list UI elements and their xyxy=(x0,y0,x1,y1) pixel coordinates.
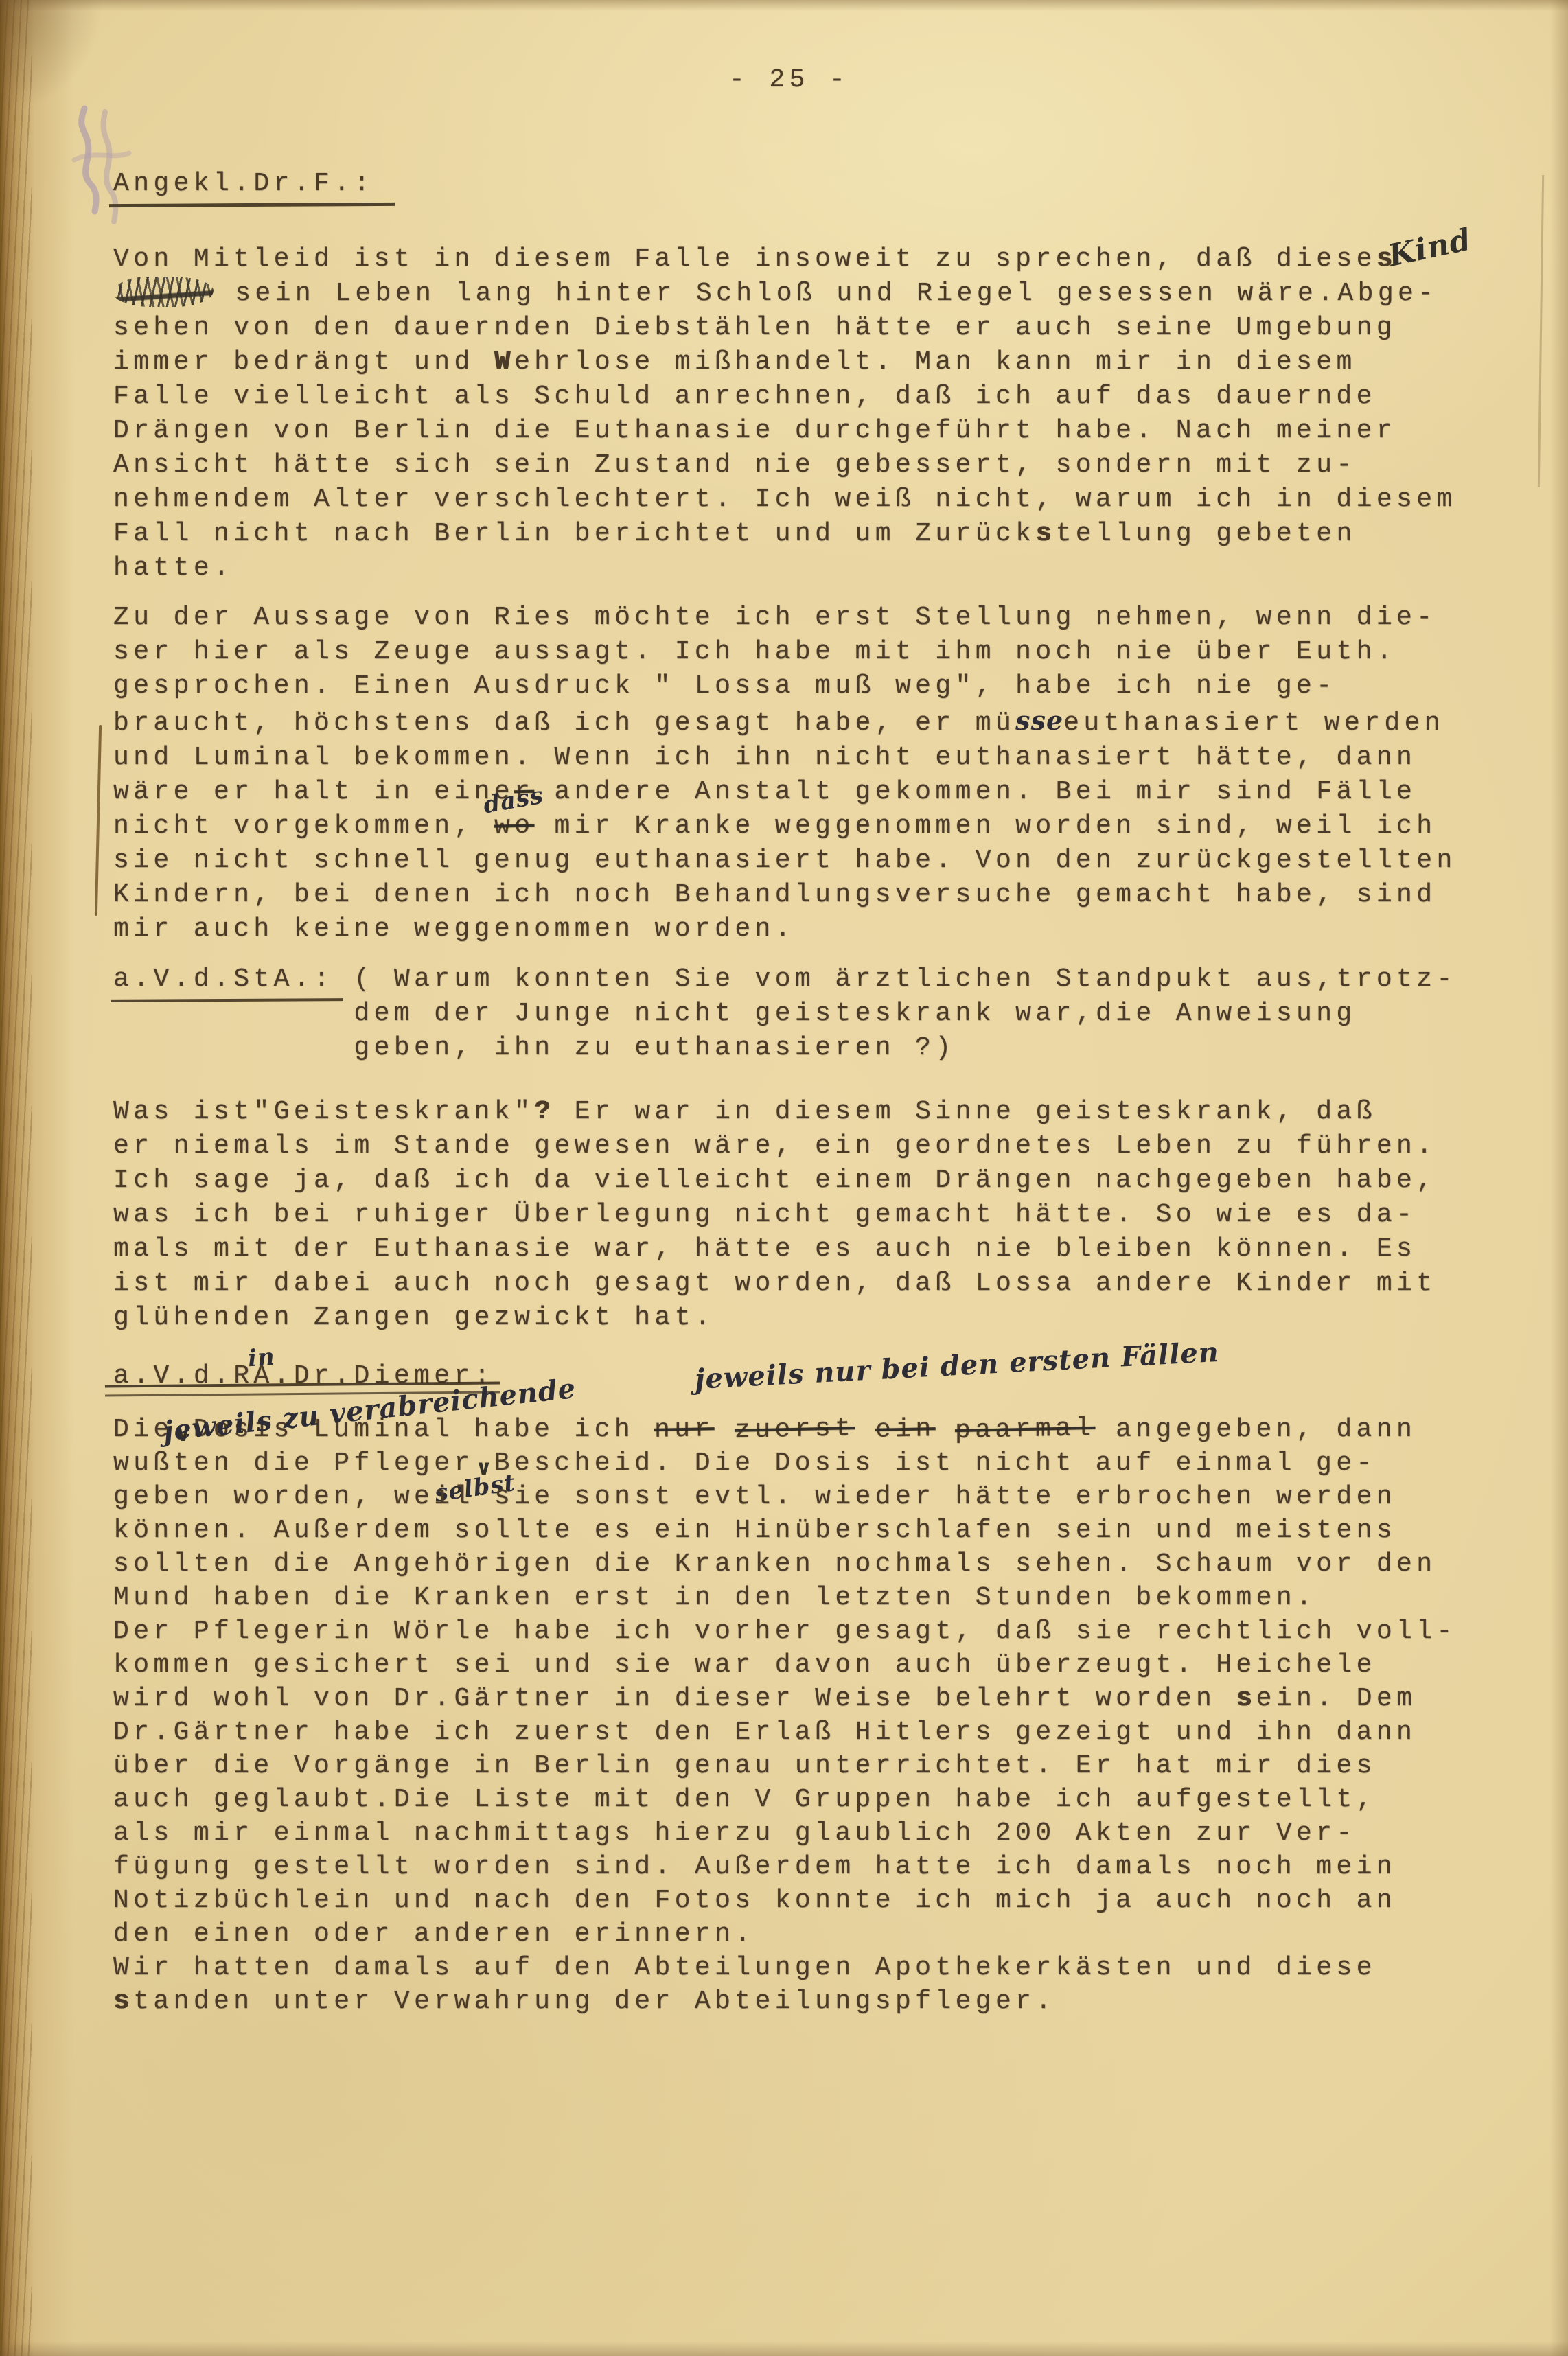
typed-text: Er war in diesem Sinne geisteskrank, daß xyxy=(555,1097,1376,1127)
typed-text: ein xyxy=(875,1412,936,1447)
text-line: Fall nicht nach Berlin berichtet und um … xyxy=(113,517,1473,551)
text-line: Kindern, bei denen ich noch Behandlungsv… xyxy=(113,878,1457,912)
typed-text: immer bedrängt und xyxy=(113,347,494,377)
typed-text: Mund haben die Kranken erst in den letzt… xyxy=(113,1583,1316,1613)
typed-text: zuerst xyxy=(735,1411,855,1448)
typed-text: ? xyxy=(534,1097,554,1127)
text-line: sein Leben lang hinter Schloß und Riegel… xyxy=(113,277,1473,311)
text-line: Zu der Aussage von Ries möchte ich erst … xyxy=(113,601,1457,635)
typed-text: nur xyxy=(654,1412,715,1447)
ink-scribbled-word xyxy=(113,277,214,307)
text-line: nicht vorgekommen, wodass mir Kranke weg… xyxy=(113,809,1457,844)
text-line: Ansicht hätte sich sein Zustand nie gebe… xyxy=(113,448,1473,483)
text-line: kommen gesichert sei und sie war davon a… xyxy=(113,1648,1457,1682)
typed-text: Der Pflegerin Wörle habe ich vorher gesa… xyxy=(113,1617,1457,1646)
text-line: über die Vorgänge in Berlin genau unterr… xyxy=(113,1749,1457,1783)
page-bottom-edge xyxy=(0,2341,1568,2356)
typed-text xyxy=(935,1415,955,1444)
statement-paragraph-1: Von Mitleid ist in diesem Falle insoweit… xyxy=(113,239,1473,586)
typed-text: tellung gebeten xyxy=(1056,519,1357,548)
typed-text: paarmal xyxy=(955,1411,1095,1448)
text-line: geben worden, weil sie sonst evtl. wiede… xyxy=(113,1480,1457,1514)
text-line: er niemals im Stande gewesen wäre, ein g… xyxy=(113,1129,1436,1164)
text-line: ser hier als Zeuge aussagt. Ich habe mit… xyxy=(113,635,1457,669)
typed-text: W xyxy=(494,347,514,377)
typed-text: ehrlose mißhandelt. Man kann mir in dies… xyxy=(514,347,1357,377)
prosecutor-question: a.V.d.StA.: ( Warum konnten Sie vom ärzt… xyxy=(113,962,1457,1065)
text-line: Notizbüchlein und nach den Fotos konnte … xyxy=(113,1884,1457,1917)
text-line: als mir einmal nachmittags hierzu glaubl… xyxy=(113,1816,1457,1850)
typed-text: euthanasiert werden xyxy=(1063,708,1444,738)
text-line: glühenden Zangen gezwickt hat. xyxy=(113,1301,1436,1335)
text-line: was ich bei ruhiger Überlegung nicht gem… xyxy=(113,1198,1436,1232)
typed-text: gesprochen. Einen Ausdruck " Lossa muß w… xyxy=(113,671,1336,701)
text-line: mals mit der Euthanasie war, hätte es au… xyxy=(113,1232,1436,1267)
typed-text: mir Kranke weggenommen worden sind, weil… xyxy=(534,811,1436,841)
typed-text: ein. Dem xyxy=(1256,1684,1417,1713)
text-line: braucht, höchstens daß ich gesagt habe, … xyxy=(113,704,1457,741)
text-line: Wir hatten damals auf den Abteilungen Ap… xyxy=(113,1951,1457,1985)
typed-text: als mir einmal nachmittags hierzu glaubl… xyxy=(113,1818,1357,1848)
text-line: Von Mitleid ist in diesem Falle insoweit… xyxy=(113,239,1473,277)
text-line: Angekl.Dr.F.: xyxy=(113,167,374,201)
typed-text: hatte. xyxy=(113,553,233,583)
typed-text: Bescheid. Die Dosis ist nicht auf einmal… xyxy=(494,1448,1376,1478)
typed-text xyxy=(715,1415,735,1444)
margin-emphasis-line xyxy=(95,725,102,916)
typed-text: Ansicht hätte sich sein Zustand nie gebe… xyxy=(113,450,1357,480)
typed-text: ist mir dabei auch noch gesagt worden, d… xyxy=(113,1269,1436,1298)
page-number: - 25 - xyxy=(729,65,849,95)
typed-text: glühenden Zangen gezwickt hat. xyxy=(113,1303,715,1332)
document-page: - 25 - Angekl.Dr.F.:Von Mitleid ist in d… xyxy=(0,0,1568,2356)
text-line: wird wohl von Dr.Gärtner in dieser Weise… xyxy=(113,1682,1457,1716)
typed-text: Fall nicht nach Berlin berichtet und um … xyxy=(113,519,1035,548)
typed-text: ser hier als Zeuge aussagt. Ich habe mit… xyxy=(113,637,1396,667)
handwritten-text: Kind xyxy=(1374,222,1474,276)
typed-text: a.V.d.RA.in xyxy=(113,1361,294,1391)
handwritten-annotation: in xyxy=(246,1340,276,1376)
text-line: Falle vielleicht als Schuld anrechnen, d… xyxy=(113,380,1473,414)
typed-text: mals mit der Euthanasie war, hätte es au… xyxy=(113,1234,1416,1264)
handwritten-text: sse xyxy=(1015,705,1063,736)
typed-text: s xyxy=(113,1987,133,2016)
text-line: dem der Junge nicht geisteskrank war,die… xyxy=(113,997,1457,1031)
typed-text: den einen oder anderen erinnern. xyxy=(113,1919,755,1949)
typed-text: können. Außerdem sollte es ein Hinübersc… xyxy=(113,1516,1396,1545)
text-line: und Luminal bekommen. Wenn ich ihn nicht… xyxy=(113,741,1457,775)
text-line: können. Außerdem sollte es ein Hinübersc… xyxy=(113,1514,1457,1547)
typed-text: über die Vorgänge in Berlin genau unterr… xyxy=(113,1751,1376,1781)
typed-text: s xyxy=(1236,1684,1256,1713)
typed-text: dem der Junge nicht geisteskrank war,die… xyxy=(113,999,1357,1028)
typed-text: andere Anstalt gekommen. Bei mir sind Fä… xyxy=(534,777,1416,807)
typed-text: Dr.Gärtner habe ich zuerst den Erlaß Hit… xyxy=(113,1718,1416,1747)
typed-text: was ich bei ruhiger Überlegung nicht gem… xyxy=(113,1200,1416,1229)
typed-text: nicht vorgekommen, xyxy=(113,811,494,841)
typed-text: braucht, höchstens daß ich gesagt habe, … xyxy=(113,708,1015,738)
typed-text: Falle vielleicht als Schuld anrechnen, d… xyxy=(113,382,1376,411)
statement-paragraph-4: Die∨Dosis Luminal habe ich nur zuerst ei… xyxy=(113,1413,1457,2018)
typed-text: sollten die Angehörigen die Kranken noch… xyxy=(113,1549,1436,1579)
typed-text: Kindern, bei denen ich noch Behandlungsv… xyxy=(113,880,1436,910)
text-line: sollten die Angehörigen die Kranken noch… xyxy=(113,1547,1457,1581)
typed-text: tanden unter Verwahrung der Abteilungspf… xyxy=(133,1987,1055,2016)
typed-text: und Luminal bekommen. Wenn ich ihn nicht… xyxy=(113,743,1416,772)
typed-text: Zu der Aussage von Ries möchte ich erst … xyxy=(113,603,1436,632)
page-right-edge xyxy=(1550,0,1568,2356)
text-line: Dr.Gärtner habe ich zuerst den Erlaß Hit… xyxy=(113,1716,1457,1749)
typed-text: geben worden, weil sie sonst evtl. wiede… xyxy=(113,1482,1396,1512)
text-line: auch geglaubt.Die Liste mit den V Gruppe… xyxy=(113,1783,1457,1816)
typed-text: mir auch keine weggenommen worden. xyxy=(113,914,795,944)
typed-text: wird wohl von Dr.Gärtner in dieser Weise… xyxy=(113,1684,1236,1713)
typed-text: Ich sage ja, daß ich da vielleicht einem… xyxy=(113,1166,1436,1195)
typed-text: Von Mitleid ist in diesem Falle insoweit… xyxy=(113,244,1376,274)
handwritten-text: ∨selbst xyxy=(474,1451,494,1485)
typed-text: Wir hatten damals auf den Abteilungen Ap… xyxy=(113,1953,1376,1983)
speaker-heading-angekl-dr-f: Angekl.Dr.F.: xyxy=(113,167,374,201)
text-line: hatte. xyxy=(113,551,1473,586)
text-line: wußten die Pfleger∨selbstBescheid. Die D… xyxy=(113,1446,1457,1480)
typed-text: auch geglaubt.Die Liste mit den V Gruppe… xyxy=(113,1785,1376,1814)
typed-text: Drängen von Berlin die Euthanasie durchg… xyxy=(113,416,1396,446)
text-line: Ich sage ja, daß ich da vielleicht einem… xyxy=(113,1164,1436,1198)
text-line: geben, ihn zu euthanasieren ?) xyxy=(113,1031,1457,1065)
typed-text: Angekl.Dr.F.: xyxy=(113,169,374,198)
text-line: ist mir dabei auch noch gesagt worden, d… xyxy=(113,1267,1436,1301)
typed-text: geben, ihn zu euthanasieren ?) xyxy=(113,1033,956,1063)
typed-text: Was ist"Geisteskrank" xyxy=(113,1097,534,1127)
typed-text: sein Leben lang hinter Schloß und Riegel… xyxy=(215,279,1438,308)
typed-text: er niemals im Stande gewesen wäre, ein g… xyxy=(113,1131,1436,1161)
statement-paragraph-3: Was ist"Geisteskrank"? Er war in diesem … xyxy=(113,1095,1436,1335)
typed-text: angegeben, dann xyxy=(1096,1415,1416,1444)
typed-text: wodass xyxy=(494,809,534,844)
text-line: fügung gestellt worden sind. Außerdem ha… xyxy=(113,1850,1457,1884)
text-line: den einen oder anderen erinnern. xyxy=(113,1917,1457,1951)
typed-text: a.V.d.StA.: xyxy=(113,962,334,997)
text-line: a.V.d.StA.: ( Warum konnten Sie vom ärzt… xyxy=(113,962,1457,997)
text-line: nehmendem Alter verschlechtert. Ich weiß… xyxy=(113,483,1473,517)
typed-text: nehmendem Alter verschlechtert. Ich weiß… xyxy=(113,485,1457,514)
typed-text: wußten die Pfleger xyxy=(113,1448,474,1478)
text-line: Was ist"Geisteskrank"? Er war in diesem … xyxy=(113,1095,1436,1129)
typed-text: wäre er halt in eine xyxy=(113,777,514,807)
text-line: Drängen von Berlin die Euthanasie durchg… xyxy=(113,414,1473,448)
text-line: Der Pflegerin Wörle habe ich vorher gesa… xyxy=(113,1615,1457,1648)
text-line: immer bedrängt und Wehrlose mißhandelt. … xyxy=(113,345,1473,380)
typed-text: sie nicht schnell genug euthanasiert hab… xyxy=(113,846,1457,875)
typed-text: kommen gesichert sei und sie war davon a… xyxy=(113,1650,1376,1680)
typed-text: sehen von den dauernden Diebstählen hätt… xyxy=(113,313,1396,343)
typed-text: ( Warum konnten Sie vom ärztlichen Stand… xyxy=(334,965,1456,994)
typed-text: Notizbüchlein und nach den Fotos konnte … xyxy=(113,1886,1396,1915)
typed-text: s xyxy=(1035,519,1055,548)
page-stack-lines xyxy=(0,0,32,2356)
typed-text xyxy=(855,1415,875,1444)
statement-paragraph-2: Zu der Aussage von Ries möchte ich erst … xyxy=(113,601,1457,947)
text-line: wäre er halt in einer andere Anstalt gek… xyxy=(113,775,1457,809)
typed-text: fügung gestellt worden sind. Außerdem ha… xyxy=(113,1852,1396,1882)
text-line: sehen von den dauernden Diebstählen hätt… xyxy=(113,311,1473,345)
text-line: gesprochen. Einen Ausdruck " Lossa muß w… xyxy=(113,669,1457,704)
text-line: mir auch keine weggenommen worden. xyxy=(113,912,1457,947)
handwritten-annotation: jeweils nur bei den ersten Fällen xyxy=(694,1336,1220,1396)
page-top-edge xyxy=(0,0,1568,11)
book-left-edge xyxy=(0,0,77,2356)
text-line: standen unter Verwahrung der Abteilungsp… xyxy=(113,1985,1457,2018)
text-line: sie nicht schnell genug euthanasiert hab… xyxy=(113,844,1457,878)
page-fold-line xyxy=(1538,175,1544,487)
text-line: Mund haben die Kranken erst in den letzt… xyxy=(113,1581,1457,1615)
